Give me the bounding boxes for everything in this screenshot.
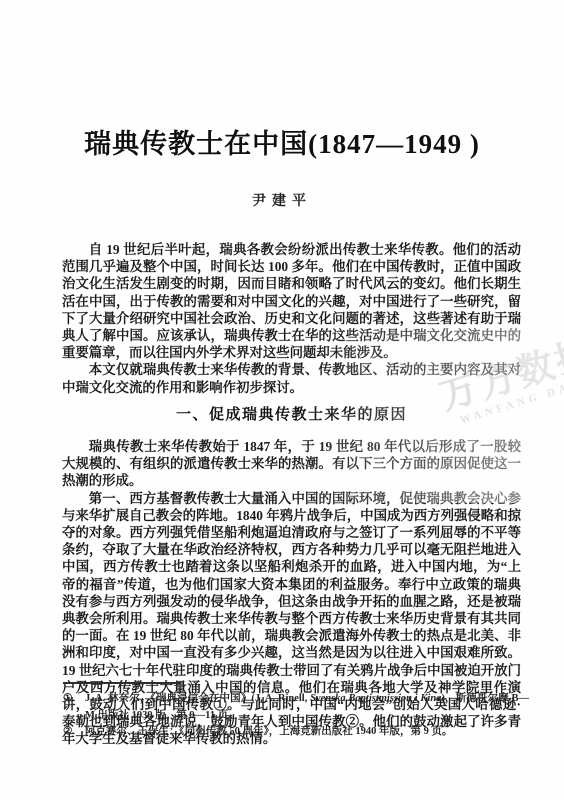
- scanned-paper-page: 万方数据 WANFANG DATA 瑞典传教士在中国(1847—1949 ) 尹…: [0, 0, 564, 800]
- footnote-2-text: 阿克赛尔、王保生：《同州传教 50 周年》，上海竞新出版社 1940 年版，第 …: [85, 724, 529, 741]
- footnote-2: ② 阿克赛尔、王保生：《同州传教 50 周年》，上海竞新出版社 1940 年版，…: [63, 724, 529, 741]
- footnote-2-marker: ②: [63, 724, 85, 741]
- footnote-1: ① J. A. 林奈尔，《瑞典浸信会在中国》(J. A. Rinell, Sve…: [63, 691, 529, 724]
- footnote-1-text-before: J. A. 林奈尔，《瑞典浸信会在中国》(J. A. Rinell,: [85, 693, 310, 704]
- article-body: 自 19 世纪后半叶起，瑞典各教会纷纷派出传教士来华传教。他们的活动范围几乎遍及…: [62, 241, 521, 748]
- intro-paragraph-1: 自 19 世纪后半叶起，瑞典各教会纷纷派出传教士来华传教。他们的活动范围几乎遍及…: [62, 241, 521, 361]
- intro-paragraph-2: 本文仅就瑞典传教士来华传教的背景、传教地区、活动的主要内容及其对中瑞文化交流的作…: [62, 361, 521, 395]
- footnotes-section: ① J. A. 林奈尔，《瑞典浸信会在中国》(J. A. Rinell, Sve…: [63, 691, 529, 741]
- section-heading: 一、促成瑞典传教士来华的原因: [62, 407, 521, 424]
- footnote-1-marker: ①: [63, 691, 85, 724]
- section-paragraph-1: 瑞典传教士来华传教始于 1847 年，于 19 世纪 80 年代以后形成了一股较…: [62, 438, 521, 490]
- footnote-1-latin-title: Svenska Baptistmission i Kina: [310, 693, 441, 704]
- article-author: 尹建平: [0, 190, 564, 210]
- footnote-2-text-before: 阿克赛尔、王保生：《同州传教 50 周年》，上海竞新出版社 1940 年版，第 …: [85, 726, 453, 737]
- article-title: 瑞典传教士在中国(1847—1949 ): [0, 122, 564, 161]
- footnote-divider: [63, 682, 181, 684]
- footnote-1-text: J. A. 林奈尔，《瑞典浸信会在中国》(J. A. Rinell, Svens…: [85, 691, 529, 724]
